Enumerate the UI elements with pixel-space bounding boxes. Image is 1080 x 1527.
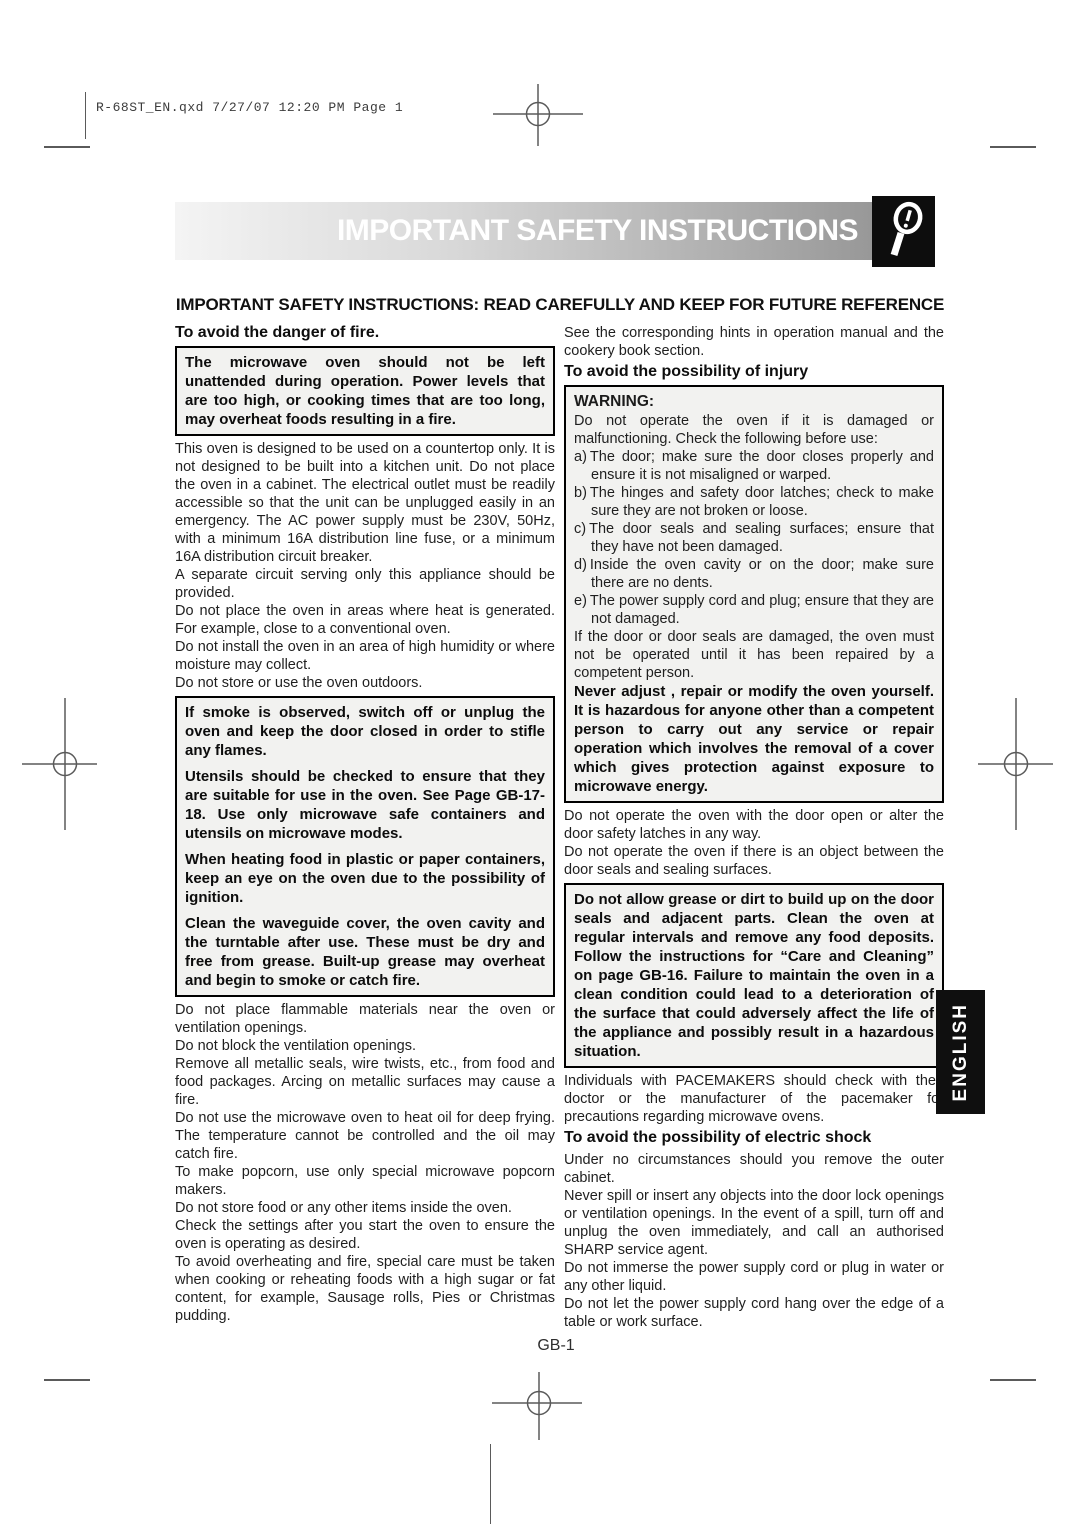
heading-avoid-electric-shock: To avoid the possibility of electric sho… [564, 1129, 944, 1147]
heading-avoid-fire: To avoid the danger of fire. [175, 324, 555, 342]
warning-item-text: Inside the oven cavity or on the door; m… [590, 557, 934, 591]
registration-mark-left [22, 698, 107, 830]
warning-bold-note: Never adjust , repair or modify the oven… [574, 682, 934, 796]
warning-item-text: The hinges and safety door latches; chec… [590, 485, 934, 519]
warning-item: b)The hinges and safety door latches; ch… [574, 484, 934, 520]
warning-box-unattended: The microwave oven should not be left un… [175, 346, 555, 436]
manual-page: R-68ST_EN.qxd 7/27/07 12:20 PM Page 1 [0, 0, 1080, 1527]
paragraph: Do not store food or any other items ins… [175, 1199, 555, 1217]
heading-avoid-injury: To avoid the possibility of injury [564, 363, 944, 381]
content-columns: To avoid the danger of fire. The microwa… [175, 324, 945, 1331]
page-main-heading: IMPORTANT SAFETY INSTRUCTIONS: READ CARE… [135, 295, 985, 315]
crop-tick-right-top [990, 146, 1036, 148]
warning-item-label: c) [574, 521, 589, 537]
section-title-bar: IMPORTANT SAFETY INSTRUCTIONS [175, 202, 872, 260]
crop-tick-left-top [44, 146, 90, 148]
warning-item-label: e) [574, 593, 590, 609]
warning-item-label: b) [574, 485, 590, 501]
warning-item: c)The door seals and sealing surfaces; e… [574, 520, 934, 556]
paragraph: See the corresponding hints in operation… [564, 324, 944, 360]
paragraph: Do not place flammable materials near th… [175, 1001, 555, 1037]
paragraph: Do not immerse the power supply cord or … [564, 1259, 944, 1295]
paragraph: This oven is designed to be used on a co… [175, 440, 555, 566]
box-paragraph: Utensils should be checked to ensure tha… [185, 767, 545, 843]
paragraph: To avoid overheating and fire, special c… [175, 1253, 555, 1325]
left-column: To avoid the danger of fire. The microwa… [175, 324, 555, 1331]
warning-box-grease: Do not allow grease or dirt to build up … [564, 883, 944, 1068]
title-icon-box [872, 196, 935, 267]
crop-mark-vertical-bottom [490, 1444, 491, 1524]
warning-box-damage-check: WARNING: Do not operate the oven if it i… [564, 385, 944, 803]
paragraph-pacemaker: Individuals with PACEMAKERS should check… [564, 1072, 944, 1126]
paragraph: Do not let the power supply cord hang ov… [564, 1295, 944, 1331]
warning-item-label: d) [574, 557, 590, 573]
warning-item-text: The door; make sure the door closes prop… [590, 449, 934, 483]
paragraph: To make popcorn, use only special microw… [175, 1163, 555, 1199]
paragraph: Never spill or insert any objects into t… [564, 1187, 944, 1259]
registration-mark-top [483, 84, 593, 146]
paragraph: Check the settings after you start the o… [175, 1217, 555, 1253]
page-number: GB-1 [506, 1337, 606, 1355]
warning-item-label: a) [574, 449, 590, 465]
paragraph: Remove all metallic seals, wire twists, … [175, 1055, 555, 1109]
registration-mark-bottom [487, 1370, 592, 1442]
document-header-line: R-68ST_EN.qxd 7/27/07 12:20 PM Page 1 [96, 100, 403, 115]
paragraph: Do not block the ventilation openings. [175, 1037, 555, 1055]
warning-item-text: The power supply cord and plug; ensure t… [590, 593, 934, 627]
right-column: See the corresponding hints in operation… [564, 324, 944, 1331]
section-title: IMPORTANT SAFETY INSTRUCTIONS [337, 214, 858, 248]
box-paragraph: When heating food in plastic or paper co… [185, 850, 545, 907]
crop-tick-left-bottom [44, 1379, 90, 1381]
paragraph: Do not use the microwave oven to heat oi… [175, 1109, 555, 1163]
crop-tick-right-bottom [990, 1379, 1036, 1381]
paragraph: Under no circumstances should you remove… [564, 1151, 944, 1187]
warning-footer: If the door or door seals are damaged, t… [574, 628, 934, 682]
registration-mark-right [968, 698, 1053, 830]
warning-item: d)Inside the oven cavity or on the door;… [574, 556, 934, 592]
language-tab-label: ENGLISH [950, 1003, 972, 1101]
paragraph: Do not store or use the oven outdoors. [175, 674, 555, 692]
language-tab-english: ENGLISH [936, 990, 985, 1114]
warning-intro: Do not operate the oven if it is damaged… [574, 412, 934, 448]
box-paragraph: The microwave oven should not be left un… [185, 353, 545, 429]
paragraph: Do not operate the oven if there is an o… [564, 843, 944, 879]
magnifier-exclamation-icon [881, 200, 927, 263]
crop-mark-vertical-top [85, 92, 86, 139]
warning-item-text: The door seals and sealing surfaces; ens… [589, 521, 934, 555]
box-paragraph: Do not allow grease or dirt to build up … [574, 890, 934, 1061]
paragraph: Do not place the oven in areas where hea… [175, 602, 555, 638]
paragraph: Do not install the oven in an area of hi… [175, 638, 555, 674]
warning-title: WARNING: [574, 392, 934, 412]
warning-box-smoke-utensils: If smoke is observed, switch off or unpl… [175, 696, 555, 997]
paragraph: A separate circuit serving only this app… [175, 566, 555, 602]
box-paragraph: Clean the waveguide cover, the oven cavi… [185, 914, 545, 990]
warning-item: a)The door; make sure the door closes pr… [574, 448, 934, 484]
warning-item: e)The power supply cord and plug; ensure… [574, 592, 934, 628]
paragraph: Do not operate the oven with the door op… [564, 807, 944, 843]
box-paragraph: If smoke is observed, switch off or unpl… [185, 703, 545, 760]
